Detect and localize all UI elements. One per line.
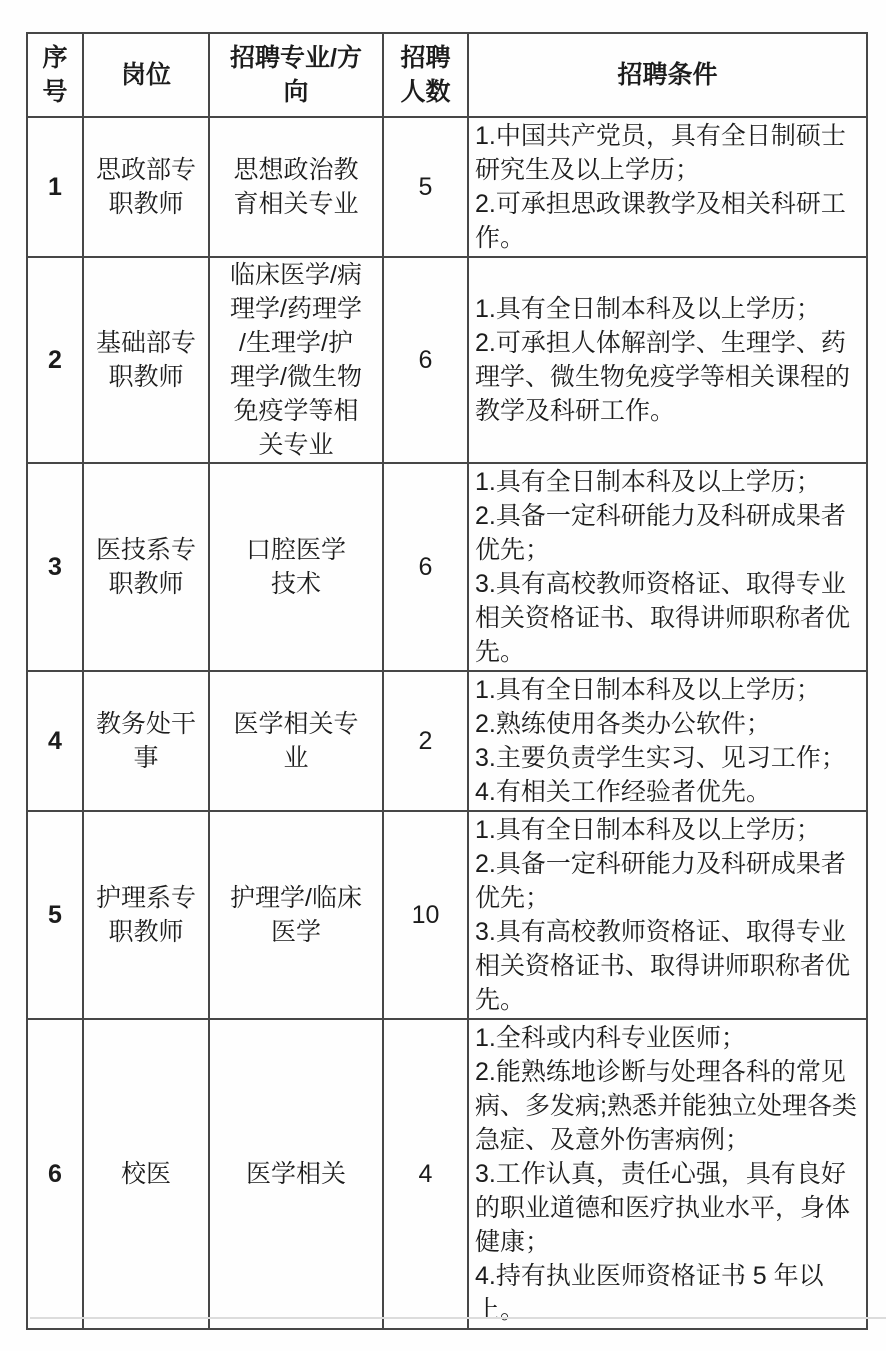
condition-item: 1.全科或内科专业医师； bbox=[475, 1021, 861, 1055]
count-cell: 2 bbox=[383, 671, 468, 811]
condition-item: 1.具有全日制本科及以上学历； bbox=[475, 813, 861, 847]
condition-item: 1.具有全日制本科及以上学历； bbox=[475, 292, 861, 326]
row-number-cell: 5 bbox=[27, 811, 83, 1019]
table-row: 2 基础部专 职教师 临床医学/病 理学/药理学 /生理学/护 理学/微生物 免… bbox=[27, 257, 867, 463]
condition-item: 4.有相关工作经验者优先。 bbox=[475, 775, 861, 809]
page-shadow-line bbox=[30, 1317, 886, 1319]
condition-item: 2.熟练使用各类办公软件； bbox=[475, 707, 861, 741]
table-row: 3 医技系专 职教师 口腔医学 技术 6 1.具有全日制本科及以上学历；2.具备… bbox=[27, 463, 867, 671]
major-cell: 口腔医学 技术 bbox=[209, 463, 383, 671]
condition-item: 1.具有全日制本科及以上学历； bbox=[475, 465, 861, 499]
table-row: 1 思政部专 职教师 思想政治教 育相关专业 5 1.中国共产党员，具有全日制硕… bbox=[27, 117, 867, 257]
header-cell-major: 招聘专业/方 向 bbox=[209, 33, 383, 117]
count-cell: 4 bbox=[383, 1019, 468, 1329]
conditions-cell: 1.具有全日制本科及以上学历；2.熟练使用各类办公软件；3.主要负责学生实习、见… bbox=[468, 671, 867, 811]
header-cell-position: 岗位 bbox=[83, 33, 209, 117]
position-cell: 医技系专 职教师 bbox=[83, 463, 209, 671]
position-cell: 护理系专 职教师 bbox=[83, 811, 209, 1019]
major-cell: 医学相关 bbox=[209, 1019, 383, 1329]
count-cell: 5 bbox=[383, 117, 468, 257]
condition-item: 2.可承担人体解剖学、生理学、药理学、微生物免疫学等相关课程的教学及科研工作。 bbox=[475, 326, 861, 428]
condition-item: 1.中国共产党员，具有全日制硕士研究生及以上学历； bbox=[475, 119, 861, 187]
header-cell-number: 序 号 bbox=[27, 33, 83, 117]
row-number-cell: 4 bbox=[27, 671, 83, 811]
position-cell: 教务处干 事 bbox=[83, 671, 209, 811]
count-cell: 6 bbox=[383, 257, 468, 463]
page: 序 号 岗位 招聘专业/方 向 招聘 人数 招聘条件 1 思政部专 职教师 思想… bbox=[0, 0, 886, 1351]
count-cell: 10 bbox=[383, 811, 468, 1019]
conditions-cell: 1.具有全日制本科及以上学历；2.具备一定科研能力及科研成果者优先；3.具有高校… bbox=[468, 463, 867, 671]
row-number-cell: 3 bbox=[27, 463, 83, 671]
header-row: 序 号 岗位 招聘专业/方 向 招聘 人数 招聘条件 bbox=[27, 33, 867, 117]
position-cell: 校医 bbox=[83, 1019, 209, 1329]
position-cell: 基础部专 职教师 bbox=[83, 257, 209, 463]
conditions-cell: 1.具有全日制本科及以上学历；2.具备一定科研能力及科研成果者优先；3.具有高校… bbox=[468, 811, 867, 1019]
table-body: 1 思政部专 职教师 思想政治教 育相关专业 5 1.中国共产党员，具有全日制硕… bbox=[27, 117, 867, 1329]
conditions-cell: 1.具有全日制本科及以上学历；2.可承担人体解剖学、生理学、药理学、微生物免疫学… bbox=[468, 257, 867, 463]
conditions-cell: 1.中国共产党员，具有全日制硕士研究生及以上学历；2.可承担思政课教学及相关科研… bbox=[468, 117, 867, 257]
position-cell: 思政部专 职教师 bbox=[83, 117, 209, 257]
table-row: 5 护理系专 职教师 护理学/临床 医学 10 1.具有全日制本科及以上学历；2… bbox=[27, 811, 867, 1019]
condition-item: 3.具有高校教师资格证、取得专业相关资格证书、取得讲师职称者优先。 bbox=[475, 567, 861, 669]
table-row: 4 教务处干 事 医学相关专 业 2 1.具有全日制本科及以上学历；2.熟练使用… bbox=[27, 671, 867, 811]
condition-item: 2.可承担思政课教学及相关科研工作。 bbox=[475, 187, 861, 255]
recruitment-table: 序 号 岗位 招聘专业/方 向 招聘 人数 招聘条件 1 思政部专 职教师 思想… bbox=[26, 32, 868, 1330]
header-cell-conditions: 招聘条件 bbox=[468, 33, 867, 117]
count-cell: 6 bbox=[383, 463, 468, 671]
condition-item: 3.工作认真，责任心强，具有良好的职业道德和医疗执业水平，身体健康； bbox=[475, 1157, 861, 1259]
major-cell: 临床医学/病 理学/药理学 /生理学/护 理学/微生物 免疫学等相 关专业 bbox=[209, 257, 383, 463]
conditions-cell: 1.全科或内科专业医师；2.能熟练地诊断与处理各科的常见病、多发病;熟悉并能独立… bbox=[468, 1019, 867, 1329]
row-number-cell: 6 bbox=[27, 1019, 83, 1329]
row-number-cell: 1 bbox=[27, 117, 83, 257]
condition-item: 2.能熟练地诊断与处理各科的常见病、多发病;熟悉并能独立处理各类急症、及意外伤害… bbox=[475, 1055, 861, 1157]
condition-item: 2.具备一定科研能力及科研成果者优先； bbox=[475, 847, 861, 915]
major-cell: 护理学/临床 医学 bbox=[209, 811, 383, 1019]
condition-item: 3.具有高校教师资格证、取得专业相关资格证书、取得讲师职称者优先。 bbox=[475, 915, 861, 1017]
condition-item: 1.具有全日制本科及以上学历； bbox=[475, 673, 861, 707]
row-number-cell: 2 bbox=[27, 257, 83, 463]
table-row: 6 校医 医学相关 4 1.全科或内科专业医师；2.能熟练地诊断与处理各科的常见… bbox=[27, 1019, 867, 1329]
major-cell: 思想政治教 育相关专业 bbox=[209, 117, 383, 257]
condition-item: 3.主要负责学生实习、见习工作； bbox=[475, 741, 861, 775]
table-header: 序 号 岗位 招聘专业/方 向 招聘 人数 招聘条件 bbox=[27, 33, 867, 117]
header-cell-count: 招聘 人数 bbox=[383, 33, 468, 117]
condition-item: 2.具备一定科研能力及科研成果者优先； bbox=[475, 499, 861, 567]
major-cell: 医学相关专 业 bbox=[209, 671, 383, 811]
